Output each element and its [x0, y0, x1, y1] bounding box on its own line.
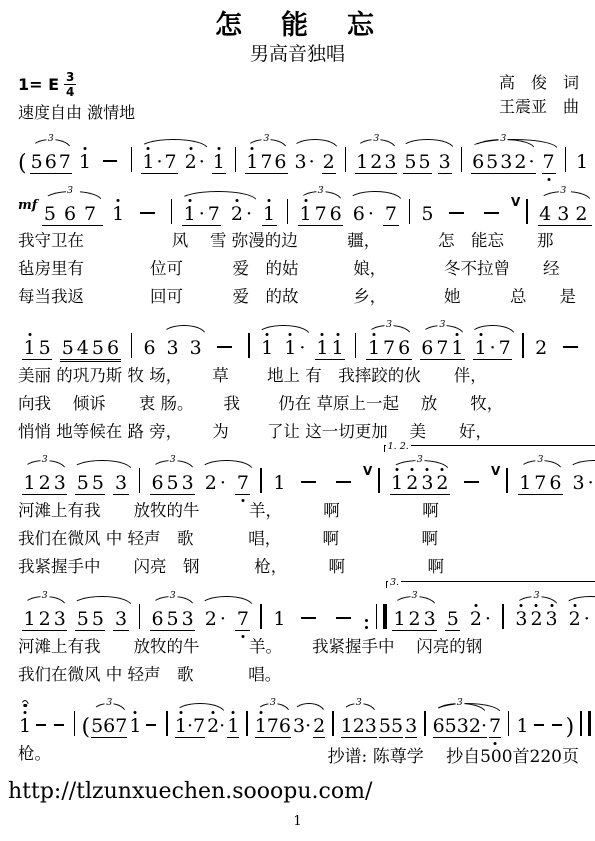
triplet-number: 3	[354, 698, 363, 708]
note: 36532·	[471, 151, 535, 174]
note: 6·	[351, 203, 375, 225]
note-digit: 2	[207, 715, 219, 737]
note-digit: 1	[245, 151, 259, 173]
augmentation-dot: ·	[298, 337, 307, 359]
meta-row: 1= E 3 4 速度自由 激情地 高 俊 词 王震亚 曲	[0, 67, 595, 123]
note-digit: 3	[52, 608, 67, 630]
notation-line: 312355336532·71V1. 2.31232V31763·2V	[18, 468, 581, 495]
augmentation-dot: ·	[483, 608, 492, 630]
note-digit: 6	[103, 715, 115, 737]
note-digit: 5	[90, 608, 105, 630]
note-digit: 7	[259, 151, 273, 173]
note: 1·7	[175, 715, 205, 738]
note-digit: 6	[328, 203, 343, 225]
note-digit: 3	[438, 151, 452, 173]
note: 1	[262, 203, 277, 226]
note-group: 3·2	[567, 472, 595, 495]
triplet-arc	[43, 191, 101, 201]
barline	[565, 147, 566, 172]
augmentation-dot: ·	[488, 337, 497, 359]
note-digit: 2	[407, 608, 422, 630]
barline	[287, 199, 288, 224]
note-digit: 6	[105, 337, 120, 359]
duration-dash	[552, 724, 562, 726]
music-system: mf356711·72·131766·75V34326·7我守卫在 风 雪 弥漫…	[18, 198, 581, 309]
note: 2	[313, 715, 325, 738]
header: 怎 能 忘 男高音独唱 1= E 3 4 速度自由 激情地 高 俊 词 王震亚 …	[0, 0, 595, 123]
triplet-arc	[151, 460, 194, 470]
triplet-number: 3	[168, 591, 177, 601]
note: 1	[260, 337, 275, 359]
augmentation-dot: ·	[219, 715, 225, 737]
note: 1	[272, 608, 287, 630]
note: 2	[322, 151, 336, 174]
note-digit: 1	[392, 608, 407, 630]
lyrics-row: 毡房里有 位可 爱 的姑 娘， 冬不拉曾 经	[18, 256, 581, 281]
note-digit: 7	[435, 337, 450, 359]
note: 3567	[30, 151, 72, 174]
triplet-number: 3	[168, 455, 177, 465]
music-system: 312355336532·713.312352·33232·7河滩上有我 放牧的…	[18, 604, 581, 687]
slur-mark	[200, 460, 253, 470]
note-digit: 7	[164, 151, 178, 173]
triplet-number: 3	[316, 186, 325, 196]
note-digit: 5	[30, 151, 44, 173]
note: 2·	[229, 203, 253, 225]
barline	[139, 604, 140, 629]
note: 3176	[518, 472, 563, 495]
note-group: 1·7	[469, 337, 516, 360]
note: 7	[489, 715, 501, 738]
note: 55	[403, 151, 431, 174]
note-digit: 1	[575, 151, 589, 173]
note-digit: 3	[180, 472, 195, 494]
note-digit: 1	[212, 151, 226, 173]
note: 2·	[203, 608, 227, 630]
note: 55	[75, 608, 105, 631]
note: 1	[111, 203, 126, 225]
barline	[580, 711, 581, 736]
note: 1·	[283, 337, 307, 359]
note-group: 1·72·	[174, 715, 226, 738]
note: 3	[165, 337, 180, 359]
note: 3123	[22, 472, 67, 495]
note-digit: 5	[165, 608, 180, 630]
duration-dash	[464, 481, 479, 483]
note-digit: 6	[150, 472, 165, 494]
note-digit: 1	[516, 715, 528, 737]
note-digit: 6	[142, 337, 157, 359]
note-digit: 1	[22, 608, 37, 630]
barline	[74, 711, 75, 736]
note-group: 553	[400, 151, 454, 174]
note-digit: 5	[75, 608, 90, 630]
note-digit: 5	[403, 151, 417, 173]
note-digit: 7	[313, 203, 328, 225]
note-digit: 5	[391, 715, 403, 737]
note-digit: 1	[182, 203, 197, 225]
note-digit: 3	[113, 472, 128, 494]
notation-line: 312355336532·713.312352·33232·7	[18, 604, 581, 631]
lyrics-row: 河滩上有我 放牧的牛 羊。 我紧握手中 闪亮的钢	[18, 634, 581, 659]
note-digit: 1	[22, 337, 37, 359]
credits: 高 俊 词 王震亚 曲	[499, 71, 579, 119]
note-group: 11·	[256, 337, 311, 359]
note-group: 36532·7	[468, 151, 559, 174]
triplet-number: 3	[536, 455, 545, 465]
dynamic-marking: mf	[18, 198, 37, 213]
barline	[235, 147, 236, 172]
triplet-number: 3	[65, 186, 79, 196]
note-digit: 3	[383, 151, 397, 173]
note: 3	[438, 151, 452, 174]
augmentation-dot: ·	[527, 151, 535, 173]
note-group: 3.312352·33232·7	[388, 604, 595, 631]
note: 3176	[298, 203, 343, 226]
slur-mark	[175, 703, 225, 713]
barline	[139, 468, 140, 493]
note: 5456	[60, 337, 120, 362]
note: 1	[516, 715, 528, 737]
triplet-number: 3	[415, 455, 424, 465]
note: 1	[575, 151, 589, 173]
triplet-arc	[92, 703, 126, 713]
lyrics-row: 美丽 的巩乃斯 牧 场， 草 地上 有 我摔跤的伙 伴，	[18, 363, 581, 388]
augmentation-dot: ·	[582, 608, 591, 630]
augmentation-dot: ·	[155, 151, 163, 173]
barline	[461, 147, 462, 172]
barline	[424, 711, 425, 736]
barline	[355, 333, 356, 358]
augmentation-dot: ·	[308, 151, 316, 173]
augmentation-dot: ·	[218, 472, 227, 494]
note-digit: 3	[499, 151, 513, 173]
triplet-number: 3	[559, 186, 571, 196]
note-digit: 1	[390, 472, 405, 494]
duration-dash	[146, 724, 156, 726]
breath-mark: V	[511, 195, 520, 209]
barline	[260, 468, 261, 493]
note: 1·7	[182, 203, 221, 226]
note-digit: 1	[298, 203, 313, 225]
note-digit: 1	[22, 472, 37, 494]
note: 11	[315, 337, 345, 360]
note-group: 2·7	[199, 608, 254, 631]
triplet-number: 3	[410, 591, 419, 601]
barline	[506, 468, 507, 493]
slur-mark	[292, 139, 338, 149]
lyrics-row: 我们在微风 中 轻声 歌 唱。	[18, 662, 581, 687]
note-digit: 6	[273, 151, 287, 173]
triplet-number: 3	[262, 134, 271, 144]
note-digit: 1	[330, 337, 345, 359]
note-digit: 1	[19, 715, 31, 737]
note: 3	[405, 715, 417, 738]
triplet-arc	[356, 139, 396, 149]
barline	[171, 199, 172, 224]
meter-numerator: 3	[64, 71, 76, 85]
triplet-arc	[519, 460, 562, 470]
slur-mark	[470, 325, 515, 335]
duration-dash	[36, 724, 46, 726]
note-digit: 1	[262, 203, 277, 225]
breath-mark: V	[491, 464, 500, 478]
note-digit: 4	[538, 203, 556, 225]
note-digit: 1	[129, 715, 141, 737]
note: 1·7	[141, 151, 177, 174]
note-digit: 6	[397, 337, 412, 359]
note-digit: 3	[571, 472, 586, 494]
note-digit: 2	[353, 715, 365, 737]
note-digit: 5	[418, 151, 432, 173]
note-digit: 3	[420, 472, 435, 494]
note: 5	[445, 608, 460, 631]
note-digit: 2	[529, 608, 544, 630]
note-digit: 2	[184, 151, 198, 173]
note: 3432	[538, 203, 592, 226]
note-group: 1·72·	[178, 203, 257, 226]
augmentation-dot: ·	[218, 608, 227, 630]
note: 31232	[390, 472, 450, 495]
note-group: 1. 2.31232V31763·2V	[386, 468, 595, 495]
note-digit: 7	[115, 715, 127, 737]
notation-line: (356711·72·131763·2312355336532·71)	[18, 147, 581, 174]
note-digit: 7	[382, 337, 397, 359]
note-group: 553	[71, 608, 132, 631]
note-digit: 2	[229, 203, 244, 225]
duration-dash	[103, 160, 117, 162]
music-system: 15545663311·11317636711·72V美丽 的巩乃斯 牧 场， …	[18, 333, 581, 444]
note-digit: 5	[485, 151, 499, 173]
note-digit: 3	[422, 608, 437, 630]
triplet-number: 3	[105, 698, 114, 708]
note-digit: 5	[90, 337, 105, 359]
note-digit: 1	[341, 715, 353, 737]
augmentation-dot: ·	[481, 715, 487, 737]
note: 3176	[366, 337, 411, 360]
triplet-number: 3	[532, 591, 541, 601]
note-digit: 6	[351, 203, 366, 225]
note-group: 553	[71, 472, 132, 495]
note: 3653	[150, 472, 195, 495]
note-digit: 1	[141, 151, 155, 173]
note: 3·	[294, 151, 316, 173]
note-digit: 3	[188, 337, 203, 359]
note-group: 1·72·	[138, 151, 208, 174]
note: 3323	[514, 608, 559, 630]
note-digit: 5	[445, 715, 457, 737]
augmentation-dot: ·	[366, 203, 375, 225]
note-digit: 1	[355, 151, 369, 173]
note: 36532·	[433, 715, 487, 738]
note: 3	[188, 337, 203, 359]
note-digit: 3	[514, 608, 529, 630]
note-digit: 1	[283, 337, 298, 359]
note-digit: 1	[272, 608, 287, 630]
key-signature: 1= E 3 4	[18, 71, 135, 98]
note-digit: 7	[235, 608, 250, 630]
note-digit: 2	[469, 715, 481, 737]
note-digit: 5	[42, 203, 62, 225]
lyrics-row: 每当我返 回可 爱 的故 乡， 她 总 是	[18, 284, 581, 309]
volta-bracket: 3.	[386, 581, 595, 582]
note: 2·	[203, 472, 227, 494]
note-digit: 1	[111, 203, 126, 225]
duration-dash	[140, 212, 155, 214]
note: 7	[542, 151, 556, 174]
slur-mark	[401, 139, 453, 149]
parenthesis: )	[566, 715, 575, 740]
note-digit: 5	[420, 203, 435, 225]
duration-dash	[563, 346, 578, 348]
note-digit: 7	[489, 715, 501, 737]
note-digit: 1	[260, 337, 275, 359]
music-system: 312355336532·71V1. 2.31232V31763·2V河滩上有我…	[18, 468, 581, 579]
note-digit: 3	[165, 337, 180, 359]
note-digit: 2	[322, 151, 336, 173]
note-digit: 5	[60, 337, 75, 359]
barline	[508, 711, 509, 736]
note-digit: 6	[433, 715, 445, 737]
triplet-arc	[472, 139, 534, 149]
barline	[131, 333, 132, 358]
copyist-note: 抄谱: 陈尊学 抄自500首220页	[0, 742, 595, 767]
note-digit: 3	[113, 608, 128, 630]
note-digit: 3	[457, 715, 469, 737]
note-group: 6·7	[347, 203, 402, 226]
triplet-arc	[31, 139, 71, 149]
duration-dash	[336, 481, 351, 483]
key-prefix: 1= E	[18, 75, 59, 94]
note: 1	[272, 472, 287, 494]
note-digit: 2	[574, 203, 592, 225]
note-digit: 1	[518, 472, 533, 494]
note-digit: 7	[497, 337, 512, 359]
note: 3	[113, 608, 128, 631]
note: 3653	[150, 608, 195, 631]
note: 1	[212, 151, 226, 174]
note-digit: 7	[58, 151, 72, 173]
note-digit: 1	[450, 337, 465, 359]
note-digit: 6	[150, 608, 165, 630]
note: 15	[22, 337, 52, 360]
note-digit: 3	[405, 715, 417, 737]
note-digit: 5	[75, 472, 90, 494]
note-digit: 5	[445, 608, 460, 630]
note-digit: 5	[91, 715, 103, 737]
duration-dash	[534, 724, 544, 726]
barline	[345, 147, 346, 172]
duration-dash	[217, 346, 232, 348]
slur-mark	[72, 460, 131, 470]
note-digit: 6	[420, 337, 435, 359]
note: 1	[19, 715, 31, 737]
note: 3176	[255, 715, 291, 738]
triplet-number: 3	[385, 320, 394, 330]
slur-mark	[564, 596, 595, 606]
note-group: 2·7	[563, 608, 595, 631]
note-digit: 2	[534, 337, 549, 359]
note-digit: 3	[556, 203, 574, 225]
note-group: 36532·7	[432, 715, 503, 738]
barline	[526, 199, 527, 224]
note: 1	[227, 715, 239, 738]
note-digit: 7	[83, 203, 103, 225]
triplet-arc	[393, 596, 436, 606]
note: 2·	[184, 151, 206, 173]
note-digit: 2	[313, 715, 325, 737]
note-group: 33	[161, 337, 207, 359]
slur-mark	[433, 703, 502, 713]
page-number: 1	[0, 814, 595, 829]
slur-mark	[348, 191, 401, 201]
note-digit: 2	[203, 608, 218, 630]
triplet-number: 3	[438, 320, 447, 330]
note-digit: 2	[203, 472, 218, 494]
note-digit: 1	[227, 715, 239, 737]
tempo-marking: 速度自由 激情地	[18, 100, 135, 123]
barline	[260, 604, 261, 629]
music-systems: (356711·72·131763·2312355336532·71)mf356…	[0, 147, 595, 766]
note-group: 3·2	[292, 715, 326, 738]
note-digit: 3	[52, 472, 67, 494]
triplet-arc	[23, 460, 66, 470]
lyrics-row: 我们在微风 中 轻声 歌 唱， 啊 啊	[18, 526, 581, 551]
barline	[378, 468, 379, 493]
duration-dash	[54, 724, 64, 726]
note: 2·	[567, 608, 591, 630]
note: 6	[142, 337, 157, 359]
note-digit: 7	[267, 715, 279, 737]
note: 3123	[22, 608, 67, 631]
repeat-dots	[365, 619, 368, 629]
triplet-arc	[434, 703, 486, 713]
repeat-dot	[365, 619, 368, 622]
augmentation-dot: ·	[305, 715, 311, 737]
note: 3176	[245, 151, 287, 174]
lyrics-row: 河滩上有我 放牧的牛 羊， 啊 啊	[18, 498, 581, 523]
duration-dash	[336, 617, 351, 619]
note-digit: 2	[37, 472, 52, 494]
note-digit: 2	[513, 151, 527, 173]
note: 3123	[392, 608, 437, 631]
key-and-tempo: 1= E 3 4 速度自由 激情地	[18, 71, 135, 123]
note-digit: 6	[471, 151, 485, 173]
note: 3·	[293, 715, 311, 737]
note-digit: 2	[567, 608, 582, 630]
notation-line: mf356711·72·131766·75V34326·7	[18, 198, 581, 225]
slur-mark	[72, 596, 131, 606]
duration-dash	[301, 617, 316, 619]
triplet-arc	[342, 703, 376, 713]
note-group: 2·7	[199, 472, 254, 495]
note-digit: 7	[206, 203, 221, 225]
triplet-number: 3	[268, 698, 277, 708]
note-digit: 7	[542, 151, 556, 173]
triplet-number: 3	[455, 698, 464, 708]
slur-mark	[257, 325, 310, 335]
barline	[248, 333, 249, 358]
note-digit: 3	[180, 608, 195, 630]
song-title: 怎 能 忘	[0, 8, 595, 43]
note: 3671	[420, 337, 465, 360]
note: 3	[113, 472, 128, 495]
note-digit: 4	[75, 337, 90, 359]
augmentation-dot: ·	[198, 151, 206, 173]
repeat-dot	[365, 626, 368, 629]
lyrics-row: 向我 倾诉 衷 肠。 我 仍在 草原上一起 放 牧，	[18, 391, 581, 416]
composer: 王震亚 曲	[499, 95, 579, 119]
